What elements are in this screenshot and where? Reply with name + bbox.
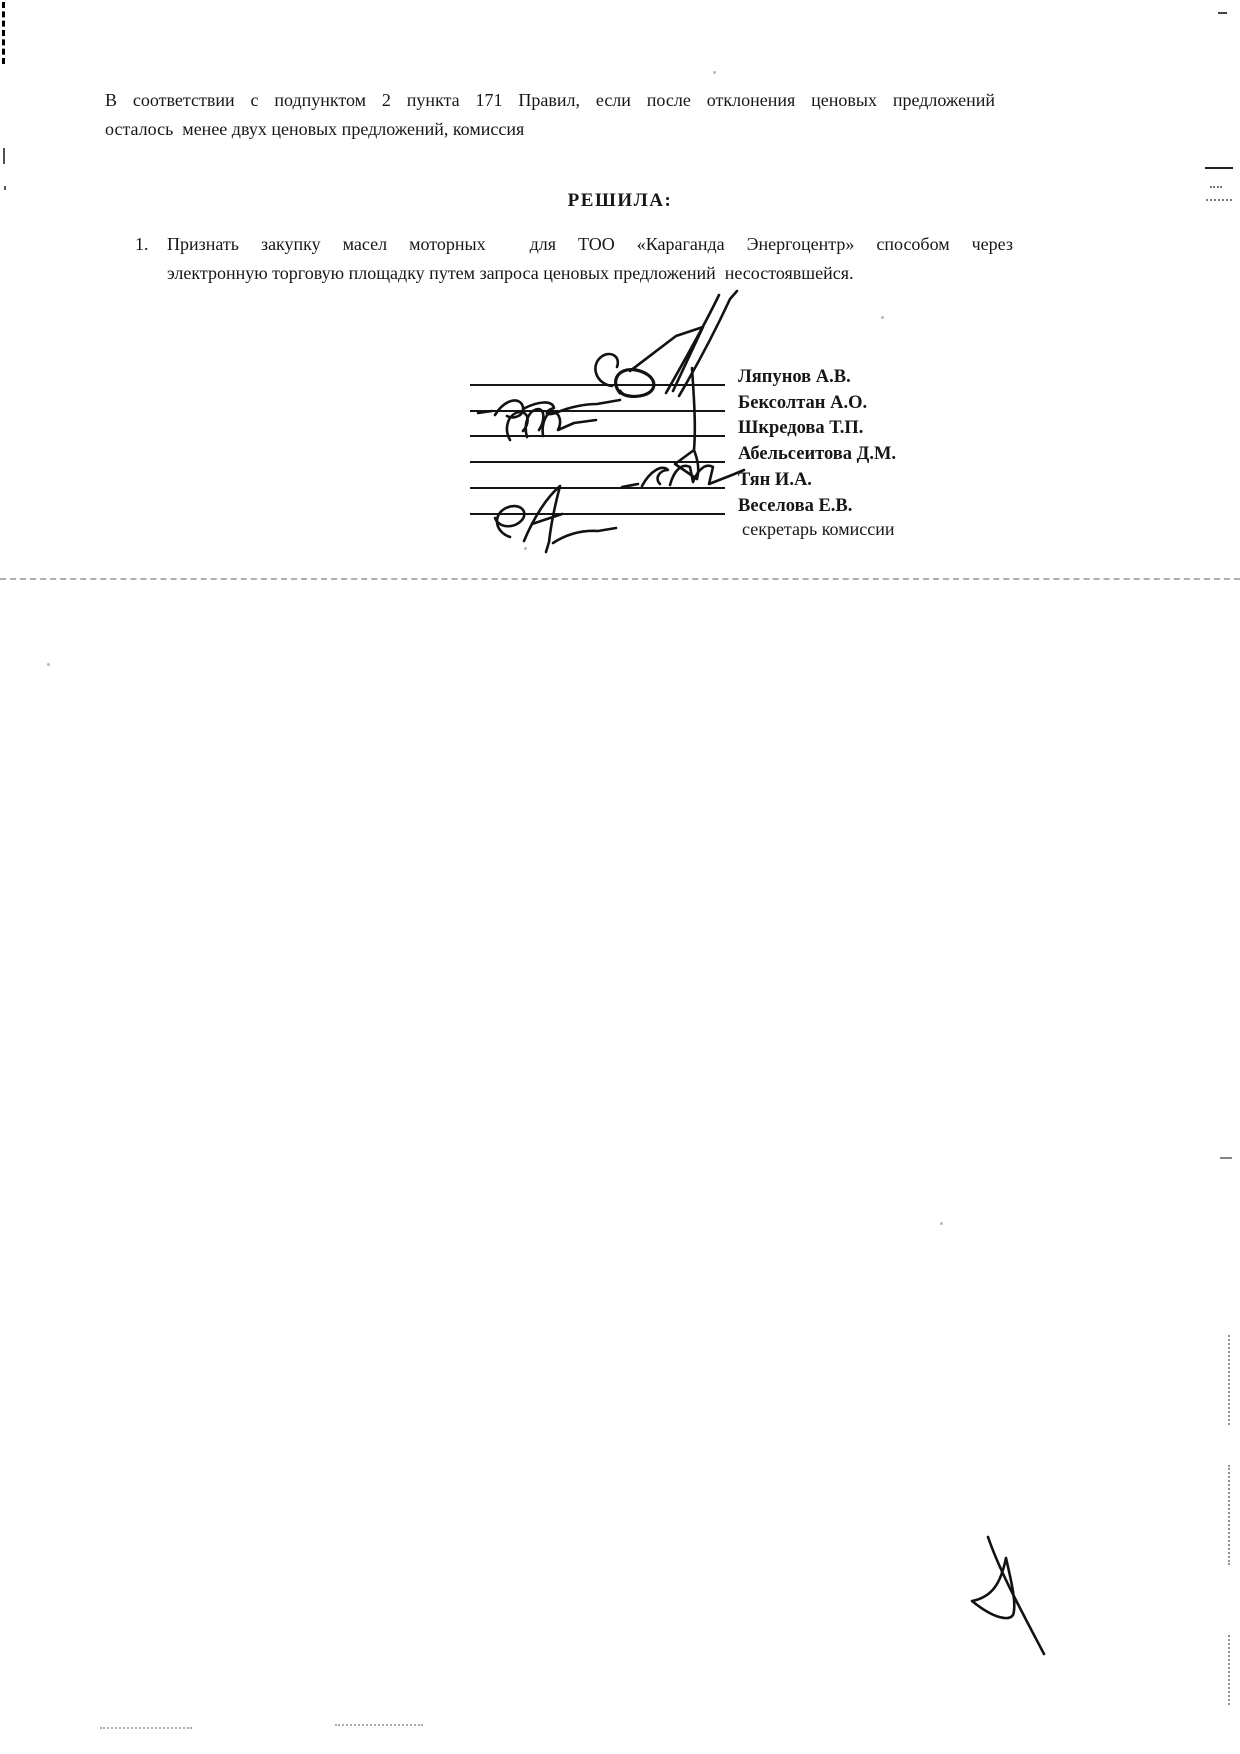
signatory-name: Шкредова Т.П. — [738, 416, 863, 440]
scan-speck — [47, 663, 50, 666]
item-line-1: Признать закупку масел моторных для ТОО … — [167, 230, 1013, 259]
scan-artifact-right-column-1 — [1228, 1335, 1230, 1425]
scan-artifact-left-mid — [3, 148, 5, 164]
item-number: 1. — [135, 230, 167, 288]
signature-row: Тян И.А. — [470, 463, 896, 489]
scan-artifact-right-dash-mid — [1220, 1157, 1232, 1159]
scan-speck — [713, 71, 716, 74]
signature-line — [470, 489, 725, 515]
signature-line — [470, 386, 725, 412]
scan-artifact-right-cluster-2 — [1206, 199, 1232, 201]
signature-row: Веселова Е.В. — [470, 489, 896, 515]
intro-line-2: осталось менее двух ценовых предложений,… — [105, 115, 995, 144]
signatory-name: Абельсеитова Д.М. — [738, 442, 896, 466]
signatory-name: Ляпунов А.В. — [738, 365, 851, 389]
scan-speck — [524, 547, 527, 550]
signature-row: Абельсеитова Д.М. — [470, 437, 896, 463]
scan-speck — [940, 1222, 943, 1225]
scan-speck — [881, 316, 884, 319]
scan-artifact-right-cluster-1 — [1210, 186, 1222, 188]
signature-row: Шкредова Т.П. — [470, 412, 896, 438]
signature-line — [470, 463, 725, 489]
item-text: Признать закупку масел моторных для ТОО … — [167, 230, 1013, 288]
scan-artifact-left-dot — [4, 186, 6, 190]
scan-artifact-right-column-2 — [1228, 1465, 1230, 1565]
scan-artifact-right-line — [1205, 167, 1233, 169]
secretary-role-label: секретарь комиссии — [742, 519, 896, 540]
signature-line — [470, 437, 725, 463]
intro-line-1: В соответствии с подпунктом 2 пункта 171… — [105, 86, 995, 115]
item-line-2: электронную торговую площадку путем запр… — [167, 259, 1013, 288]
scan-artifact-bottom-dots-1 — [100, 1727, 192, 1729]
decision-item-1: 1. Признать закупку масел моторных для Т… — [135, 230, 1013, 288]
signature-row: Ляпунов А.В. — [470, 360, 896, 386]
signature-block: Ляпунов А.В. Бексолтан А.О. Шкредова Т.П… — [470, 360, 896, 540]
scan-artifact-left-top — [2, 2, 5, 64]
signatory-name: Бексолтан А.О. — [738, 391, 867, 415]
signature-row: Бексолтан А.О. — [470, 386, 896, 412]
dotted-separator-line — [0, 578, 1240, 580]
signatory-name: Веселова Е.В. — [738, 494, 852, 518]
decision-heading: РЕШИЛА: — [0, 190, 1240, 212]
signatory-name: Тян И.А. — [738, 468, 812, 492]
document-page: В соответствии с подпунктом 2 пункта 171… — [0, 0, 1240, 1754]
intro-paragraph: В соответствии с подпунктом 2 пункта 171… — [105, 86, 995, 144]
scan-artifact-right-column-3 — [1228, 1635, 1230, 1705]
pen-mark-bottom-right — [972, 1537, 1044, 1654]
signature-line — [470, 360, 725, 386]
scan-artifact-right-dash-top — [1218, 12, 1227, 14]
scan-artifact-bottom-dots-2 — [335, 1724, 423, 1726]
signature-line — [470, 411, 725, 437]
